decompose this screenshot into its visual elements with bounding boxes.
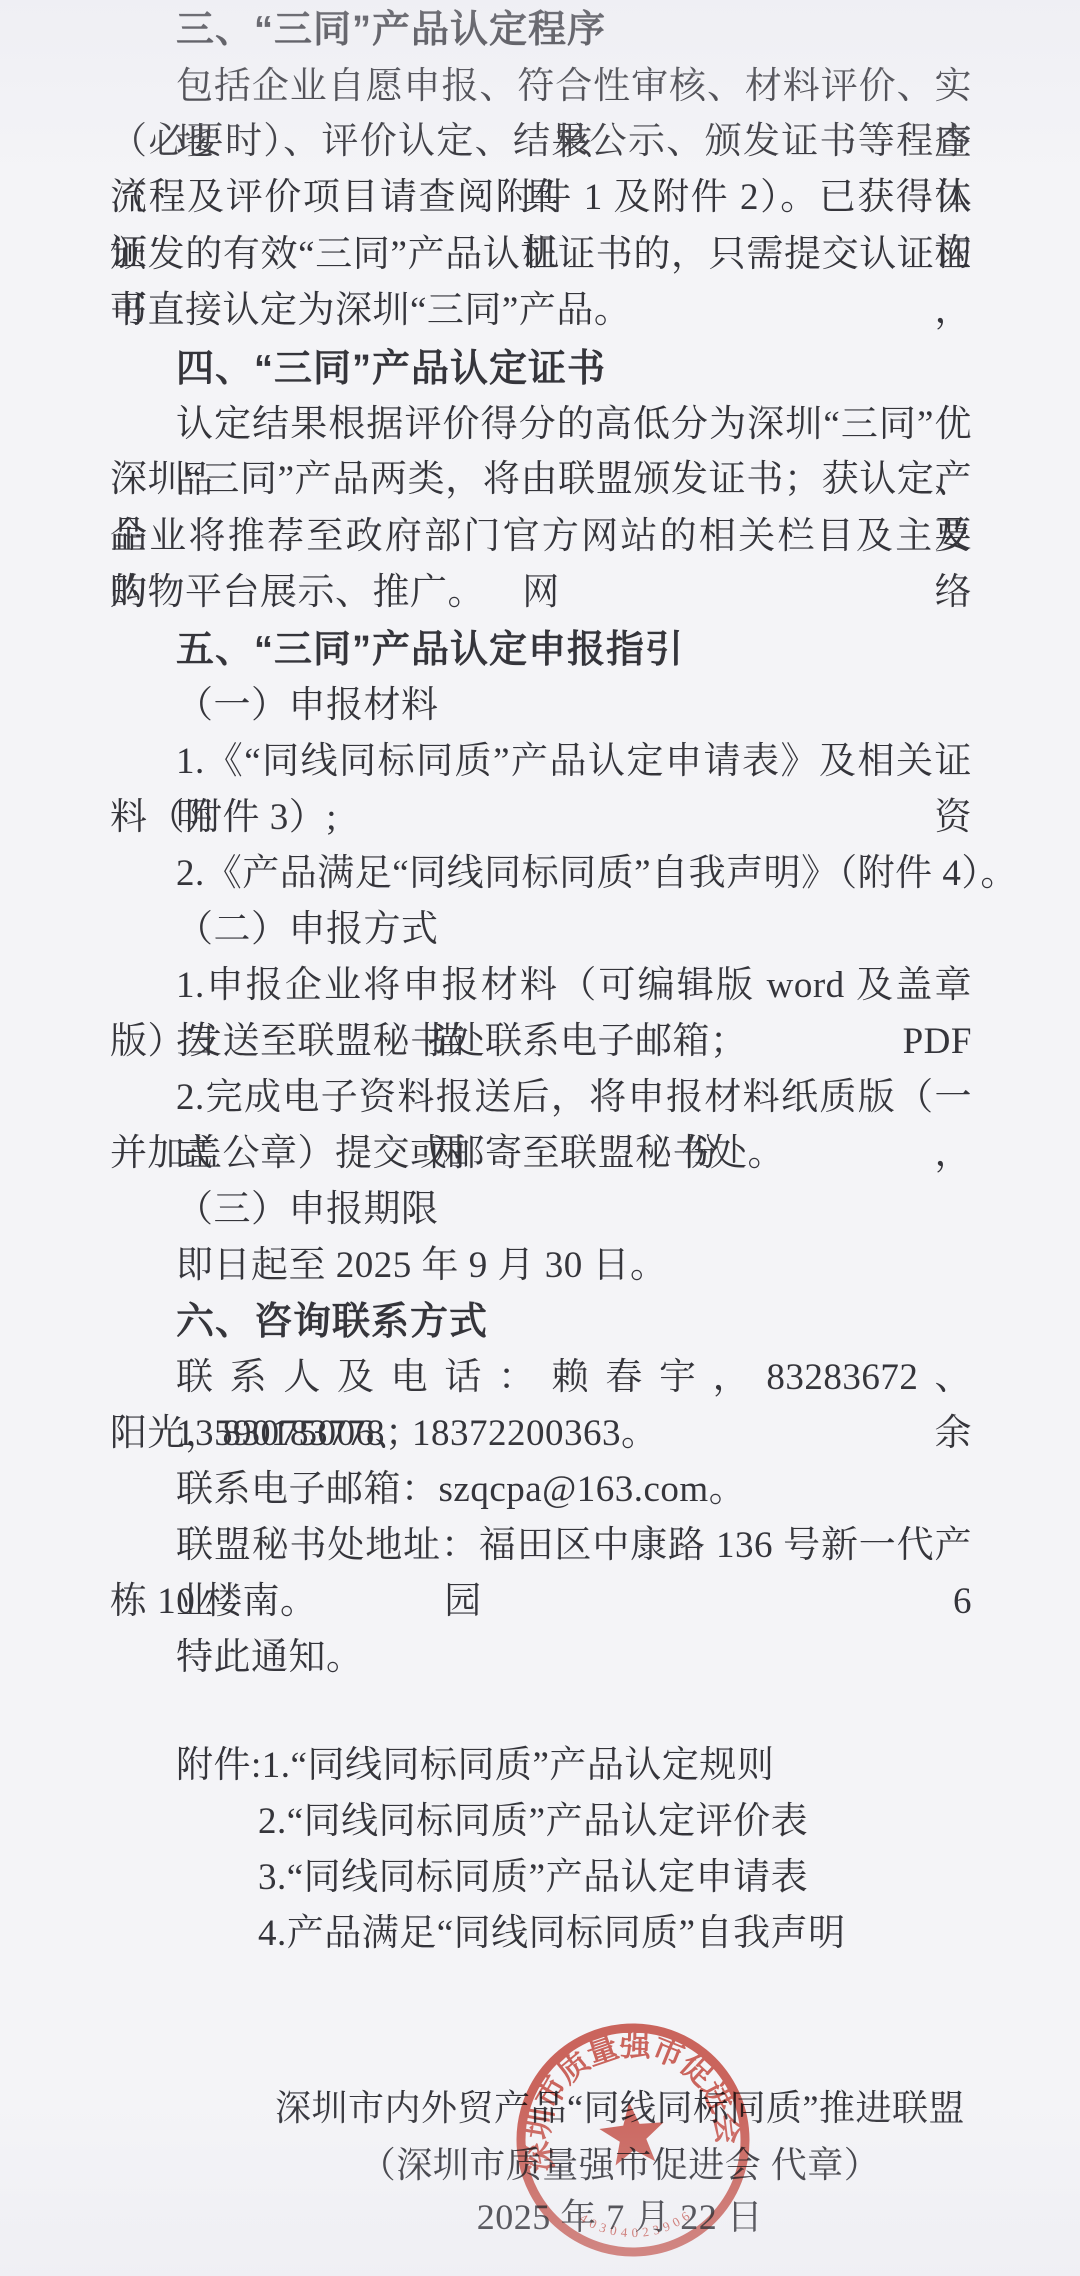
body-line: 2.完成电子资料报送后，将申报材料纸质版（一式两份， [176, 1070, 972, 1126]
body-line: （必要时）、评价认定、结果公示、颁发证书等程序（具体 [110, 114, 972, 170]
body-line: 版）发送至联盟秘书处联系电子邮箱； [110, 1014, 972, 1070]
contact-phone-line: 联系人及电话：赖春宇，83283672、13590183778；余 [176, 1350, 972, 1406]
sub-heading-materials: （一）申报材料 [176, 678, 972, 734]
attachment-line-4: 4.产品满足“同线同标同质”自我声明 [258, 1906, 972, 1962]
body-line: 认定结果根据评价得分的高低分为深圳“三同”优品、 [176, 397, 972, 453]
attachment-line-3: 3.“同线同标同质”产品认定申请表 [258, 1850, 972, 1906]
body-line: 购物平台展示、推广。 [110, 565, 972, 621]
body-line: 1.《“同线同标同质”产品认定申请表》及相关证明资 [176, 734, 972, 790]
body-line: 包括企业自愿申报、符合性审核、材料评价、实地核查 [176, 59, 972, 115]
section-heading-3: 三、“三同”产品认定程序 [176, 2, 972, 58]
body-line: 1.申报企业将申报材料（可编辑版 word 及盖章扫描 PDF [176, 958, 972, 1014]
contact-address-line: 联盟秘书处地址：福田区中康路 136 号新一代产业园 6 [176, 1518, 972, 1574]
document-page: 三、“三同”产品认定程序 包括企业自愿申报、符合性审核、材料评价、实地核查 （必… [0, 0, 1080, 2276]
body-line: 并加盖公章）提交或邮寄至联盟秘书处。 [110, 1126, 972, 1182]
body-line: 2.《产品满足“同线同标同质”自我声明》（附件 4）。 [176, 846, 972, 902]
body-line: 料（附件 3）; [110, 790, 972, 846]
deadline-line: 即日起至 2025 年 9 月 30 日。 [176, 1238, 972, 1294]
notice-closing-line: 特此通知。 [176, 1630, 972, 1686]
sub-heading-deadline: （三）申报期限 [176, 1182, 972, 1238]
contact-email-line: 联系电子邮箱：szqcpa@163.com。 [176, 1462, 972, 1518]
sub-heading-method: （二）申报方式 [176, 902, 972, 958]
section-heading-4: 四、“三同”产品认定证书 [176, 341, 972, 397]
official-seal: 深圳市质量强市促进会 40304023906 [505, 2012, 761, 2268]
body-line: 流程及评价项目请查阅附件 1 及附件 2）。已获得认证机构 [110, 170, 972, 226]
attachment-line-1: 附件:1.“同线同标同质”产品认定规则 [176, 1738, 972, 1794]
attachment-line-2: 2.“同线同标同质”产品认定评价表 [258, 1794, 972, 1850]
contact-address-line: 栋 10 楼南。 [110, 1574, 972, 1630]
body-line: 深圳“三同”产品两类，将由联盟颁发证书；获认定产品及 [110, 452, 972, 508]
body-line: 颁发的有效“三同”产品认证证书的，只需提交认证证书， [110, 227, 972, 283]
contact-phone-line: 阳光，83075006、18372200363。 [110, 1406, 972, 1462]
section-heading-5: 五、“三同”产品认定申报指引 [176, 622, 972, 678]
body-line: 企业将推荐至政府部门官方网站的相关栏目及主要的网络 [110, 509, 972, 565]
star-icon [597, 2099, 668, 2167]
section-heading-6: 六、咨询联系方式 [176, 1294, 972, 1350]
body-line: 可直接认定为深圳“三同”产品。 [110, 283, 972, 339]
